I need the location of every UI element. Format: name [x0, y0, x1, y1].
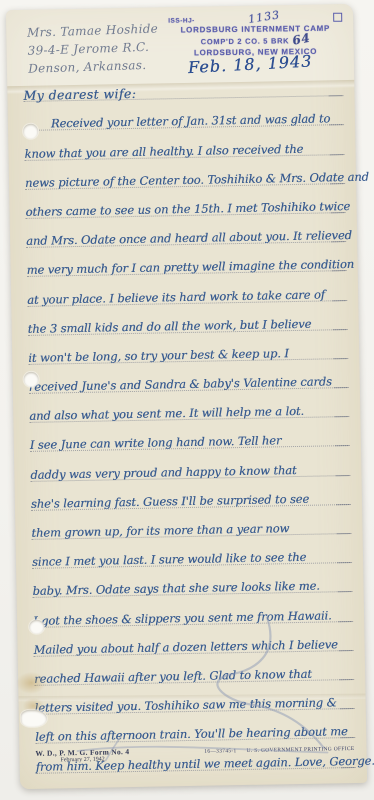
- letter-paper: Mrs. Tamae Hoshide 39-4-E Jerome R.C. De…: [6, 4, 367, 789]
- print-code: 16—33745-1: [204, 748, 236, 755]
- printer-name: U. S. GOVERNMENT PRINTING OFFICE: [247, 746, 355, 754]
- print-office-block: 16—33745-1 U. S. GOVERNMENT PRINTING OFF…: [204, 743, 354, 755]
- form-id-block: W. D., P. M. G. Form No. 4 February 27, …: [35, 747, 129, 764]
- scanned-letter-page: Mrs. Tamae Hoshide 39-4-E Jerome R.C. De…: [0, 0, 374, 800]
- torn-punch-hole: [21, 710, 47, 727]
- letter-body: My dearest wife: Received your letter of…: [22, 4, 354, 773]
